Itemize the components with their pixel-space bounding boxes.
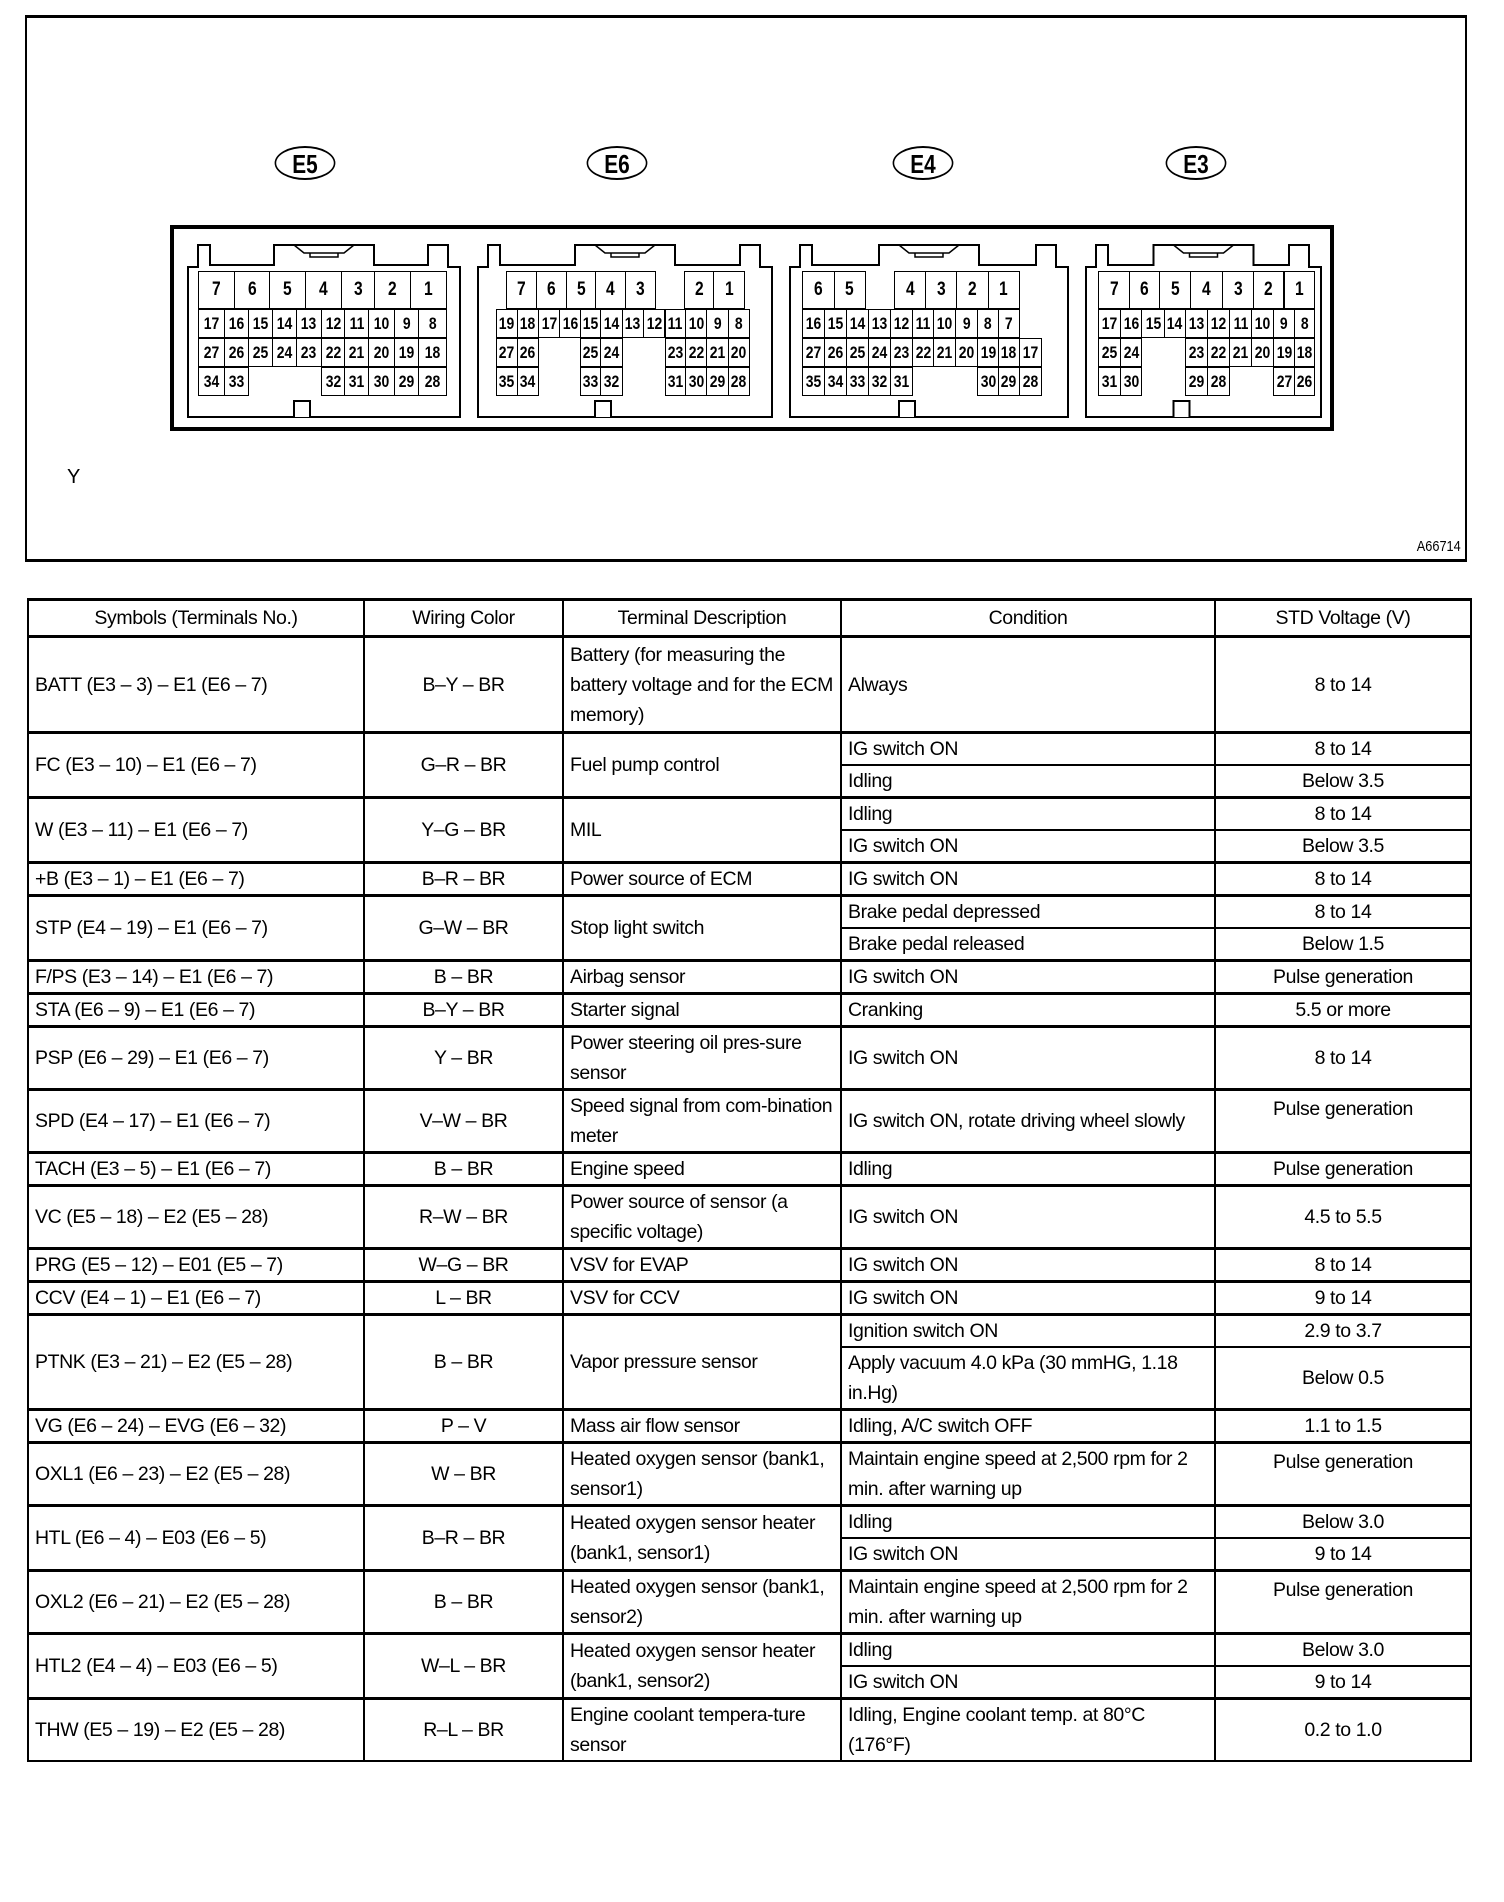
terminal-pin: 27 bbox=[802, 338, 825, 367]
cell-std-voltage: 8 to 14 bbox=[1215, 733, 1471, 766]
terminal-pin: 9 bbox=[706, 309, 728, 338]
cell-condition: IG switch ON bbox=[841, 1282, 1215, 1315]
table-row: STA (E6 – 9) – E1 (E6 – 7)B–Y – BRStarte… bbox=[28, 994, 1471, 1027]
terminal-pin: 31 bbox=[665, 367, 686, 396]
header-std-voltage: STD Voltage (V) bbox=[1215, 600, 1471, 637]
terminal-pin: 18 bbox=[1294, 338, 1315, 367]
terminal-pin: 8 bbox=[418, 309, 446, 338]
terminal-pin: 17 bbox=[1098, 309, 1121, 338]
cell-terminal-description: VSV for CCV bbox=[563, 1282, 841, 1315]
cell-condition: IG switch ON bbox=[841, 961, 1215, 994]
terminal-pin: 28 bbox=[1207, 367, 1230, 396]
terminal-pin: 13 bbox=[622, 309, 644, 338]
cell-terminal-description: Heated oxygen sensor heater (bank1, sens… bbox=[563, 1506, 841, 1571]
terminal-pin: 23 bbox=[1185, 338, 1208, 367]
cell-symbol: THW (E5 – 19) – E2 (E5 – 28) bbox=[28, 1699, 364, 1762]
table-row: VG (E6 – 24) – EVG (E6 – 32)P – VMass ai… bbox=[28, 1410, 1471, 1443]
terminal-pin: 3 bbox=[625, 271, 657, 309]
terminal-pin: 18 bbox=[998, 338, 1020, 367]
table-row: PSP (E6 – 29) – E1 (E6 – 7)Y – BRPower s… bbox=[28, 1027, 1471, 1090]
cell-std-voltage: 8 to 14 bbox=[1215, 863, 1471, 896]
cell-condition: IG switch ON bbox=[841, 1538, 1215, 1571]
cell-symbol: HTL2 (E4 – 4) – E03 (E6 – 5) bbox=[28, 1634, 364, 1699]
terminal-pin: 5 bbox=[269, 271, 306, 309]
terminal-pin: 2 bbox=[684, 271, 715, 309]
terminal-pin: 3 bbox=[341, 271, 375, 309]
terminal-pin: 1 bbox=[1284, 271, 1316, 309]
cell-wiring-color: B–Y – BR bbox=[364, 994, 563, 1027]
cell-terminal-description: Starter signal bbox=[563, 994, 841, 1027]
terminal-pin: 30 bbox=[685, 367, 707, 396]
cell-wiring-color: V–W – BR bbox=[364, 1090, 563, 1153]
terminal-pin: 7 bbox=[506, 271, 537, 309]
table-row: OXL2 (E6 – 21) – E2 (E5 – 28)B – BRHeate… bbox=[28, 1571, 1471, 1634]
table-row: W (E3 – 11) – E1 (E6 – 7)Y–G – BRMILIdli… bbox=[28, 798, 1471, 831]
terminal-pin: 10 bbox=[933, 309, 956, 338]
connector-e5: 7654321171615141312111098272625242322212… bbox=[184, 239, 464, 423]
cell-terminal-description: Power source of ECM bbox=[563, 863, 841, 896]
cell-condition: IG switch ON, rotate driving wheel slowl… bbox=[841, 1090, 1215, 1153]
cell-wiring-color: W – BR bbox=[364, 1443, 563, 1506]
terminal-pin: 19 bbox=[496, 309, 517, 338]
terminal-pin: 7 bbox=[1098, 271, 1130, 309]
cell-symbol: STP (E4 – 19) – E1 (E6 – 7) bbox=[28, 896, 364, 961]
connector-label-e3: E3 bbox=[1166, 146, 1227, 180]
terminal-pin: 22 bbox=[1207, 338, 1230, 367]
cell-wiring-color: R–W – BR bbox=[364, 1186, 563, 1249]
terminal-pin: 34 bbox=[824, 367, 847, 396]
terminal-pin: 17 bbox=[1019, 338, 1042, 367]
terminal-pin: 28 bbox=[418, 367, 446, 396]
terminal-pin: 26 bbox=[224, 338, 249, 367]
terminal-pin: 24 bbox=[272, 338, 297, 367]
connector-label-e6: E6 bbox=[587, 146, 648, 180]
terminal-pin: 7 bbox=[998, 309, 1020, 338]
cell-condition: Always bbox=[841, 637, 1215, 733]
table-row: STP (E4 – 19) – E1 (E6 – 7)G–W – BRStop … bbox=[28, 896, 1471, 929]
terminal-pin: 10 bbox=[1251, 309, 1274, 338]
terminal-pin: 17 bbox=[198, 309, 225, 338]
terminal-pin: 20 bbox=[728, 338, 750, 367]
cell-symbol: TACH (E3 – 5) – E1 (E6 – 7) bbox=[28, 1153, 364, 1186]
terminal-pin: 15 bbox=[824, 309, 847, 338]
terminal-pin: 35 bbox=[496, 367, 517, 396]
terminal-pin: 8 bbox=[977, 309, 999, 338]
cell-wiring-color: B – BR bbox=[364, 1571, 563, 1634]
terminal-pin: 28 bbox=[1019, 367, 1042, 396]
cell-terminal-description: Fuel pump control bbox=[563, 733, 841, 798]
cell-condition: Idling, Engine coolant temp. at 80°C (17… bbox=[841, 1699, 1215, 1762]
cell-wiring-color: B–R – BR bbox=[364, 863, 563, 896]
cell-terminal-description: Stop light switch bbox=[563, 896, 841, 961]
terminal-pin: 27 bbox=[198, 338, 225, 367]
terminal-pin: 16 bbox=[224, 309, 249, 338]
terminal-pin: 4 bbox=[305, 271, 342, 309]
cell-symbol: STA (E6 – 9) – E1 (E6 – 7) bbox=[28, 994, 364, 1027]
header-wiring-color: Wiring Color bbox=[364, 600, 563, 637]
side-label: Y bbox=[67, 466, 80, 489]
cell-wiring-color: W–G – BR bbox=[364, 1249, 563, 1282]
terminal-pin: 12 bbox=[1207, 309, 1230, 338]
cell-symbol: OXL2 (E6 – 21) – E2 (E5 – 28) bbox=[28, 1571, 364, 1634]
table-row: TACH (E3 – 5) – E1 (E6 – 7)B – BREngine … bbox=[28, 1153, 1471, 1186]
terminal-pin: 29 bbox=[1185, 367, 1208, 396]
cell-condition: IG switch ON bbox=[841, 863, 1215, 896]
terminal-pin: 33 bbox=[580, 367, 601, 396]
terminal-pin: 21 bbox=[706, 338, 728, 367]
cell-wiring-color: B – BR bbox=[364, 1315, 563, 1410]
cell-terminal-description: Power steering oil pres-sure sensor bbox=[563, 1027, 841, 1090]
cell-std-voltage: Pulse generation bbox=[1215, 1443, 1471, 1506]
cell-terminal-description: Speed signal from com-bination meter bbox=[563, 1090, 841, 1153]
table-row: THW (E5 – 19) – E2 (E5 – 28)R–L – BREngi… bbox=[28, 1699, 1471, 1762]
cell-wiring-color: W–L – BR bbox=[364, 1634, 563, 1699]
cell-condition: Idling bbox=[841, 1153, 1215, 1186]
table-row: +B (E3 – 1) – E1 (E6 – 7)B–R – BRPower s… bbox=[28, 863, 1471, 896]
cell-wiring-color: B – BR bbox=[364, 961, 563, 994]
cell-std-voltage: 8 to 14 bbox=[1215, 1027, 1471, 1090]
terminal-pin: 27 bbox=[496, 338, 517, 367]
cell-wiring-color: R–L – BR bbox=[364, 1699, 563, 1762]
terminal-pin: 6 bbox=[1129, 271, 1161, 309]
terminal-pin: 19 bbox=[977, 338, 999, 367]
cell-std-voltage: 0.2 to 1.0 bbox=[1215, 1699, 1471, 1762]
cell-symbol: PSP (E6 – 29) – E1 (E6 – 7) bbox=[28, 1027, 364, 1090]
terminal-pin: 4 bbox=[595, 271, 626, 309]
terminal-pin: 15 bbox=[248, 309, 273, 338]
terminal-pin: 12 bbox=[643, 309, 665, 338]
cell-condition: Idling bbox=[841, 765, 1215, 798]
terminal-pin: 1 bbox=[713, 271, 745, 309]
connector-e4: 6543211615141312111098727262524232221201… bbox=[786, 239, 1072, 423]
table-header-row: Symbols (Terminals No.) Wiring Color Ter… bbox=[28, 600, 1471, 637]
terminal-pin: 24 bbox=[600, 338, 622, 367]
terminal-pin: 10 bbox=[685, 309, 707, 338]
terminal-pin: 16 bbox=[802, 309, 825, 338]
cell-terminal-description: Heated oxygen sensor (bank1, sensor2) bbox=[563, 1571, 841, 1634]
terminal-pin: 21 bbox=[933, 338, 956, 367]
terminal-pin: 33 bbox=[846, 367, 869, 396]
cell-std-voltage: Below 1.5 bbox=[1215, 928, 1471, 961]
cell-condition: IG switch ON bbox=[841, 830, 1215, 863]
terminal-pin: 20 bbox=[1251, 338, 1274, 367]
cell-std-voltage: 9 to 14 bbox=[1215, 1538, 1471, 1571]
terminal-pin: 13 bbox=[296, 309, 322, 338]
cell-condition: IG switch ON bbox=[841, 733, 1215, 766]
terminal-pin: 26 bbox=[1294, 367, 1315, 396]
terminal-pin: 25 bbox=[846, 338, 869, 367]
terminal-pin: 11 bbox=[912, 309, 935, 338]
cell-wiring-color: G–W – BR bbox=[364, 896, 563, 961]
cell-wiring-color: B–R – BR bbox=[364, 1506, 563, 1571]
cell-symbol: VC (E5 – 18) – E2 (E5 – 28) bbox=[28, 1186, 364, 1249]
cell-wiring-color: P – V bbox=[364, 1410, 563, 1443]
terminal-pin: 15 bbox=[1141, 309, 1164, 338]
cell-terminal-description: MIL bbox=[563, 798, 841, 863]
connector-e3: 7654321171615141312111098252423222120191… bbox=[1082, 239, 1325, 423]
terminal-pin: 15 bbox=[580, 309, 601, 338]
terminal-pin: 32 bbox=[868, 367, 891, 396]
terminal-pin: 29 bbox=[394, 367, 419, 396]
terminal-pin: 22 bbox=[321, 338, 346, 367]
terminal-pin: 5 bbox=[1159, 271, 1191, 309]
cell-wiring-color: Y–G – BR bbox=[364, 798, 563, 863]
cell-std-voltage: Below 0.5 bbox=[1215, 1347, 1471, 1410]
table-row: PTNK (E3 – 21) – E2 (E5 – 28)B – BRVapor… bbox=[28, 1315, 1471, 1348]
cell-std-voltage: 8 to 14 bbox=[1215, 1249, 1471, 1282]
cell-terminal-description: Airbag sensor bbox=[563, 961, 841, 994]
terminal-pin: 14 bbox=[846, 309, 869, 338]
terminal-pin: 2 bbox=[956, 271, 988, 309]
table-row: FC (E3 – 10) – E1 (E6 – 7)G–R – BRFuel p… bbox=[28, 733, 1471, 766]
terminal-pin: 30 bbox=[1120, 367, 1142, 396]
cell-condition: Idling bbox=[841, 1634, 1215, 1667]
cell-condition: Maintain engine speed at 2,500 rpm for 2… bbox=[841, 1443, 1215, 1506]
cell-std-voltage: 9 to 14 bbox=[1215, 1666, 1471, 1699]
terminal-pin: 12 bbox=[321, 309, 346, 338]
cell-std-voltage: Below 3.5 bbox=[1215, 765, 1471, 798]
terminal-pin: 31 bbox=[344, 367, 369, 396]
table-body: BATT (E3 – 3) – E1 (E6 – 7)B–Y – BRBatte… bbox=[28, 637, 1471, 1762]
terminal-pin: 25 bbox=[580, 338, 601, 367]
terminal-pin: 1 bbox=[988, 271, 1020, 309]
terminal-pin: 34 bbox=[198, 367, 225, 396]
cell-symbol: FC (E3 – 10) – E1 (E6 – 7) bbox=[28, 733, 364, 798]
terminal-pin: 31 bbox=[890, 367, 913, 396]
terminal-pin: 16 bbox=[559, 309, 580, 338]
terminal-pin: 26 bbox=[517, 338, 539, 367]
terminal-pin: 30 bbox=[368, 367, 395, 396]
terminal-pin: 21 bbox=[344, 338, 369, 367]
cell-wiring-color: L – BR bbox=[364, 1282, 563, 1315]
terminal-pin: 32 bbox=[321, 367, 346, 396]
terminal-pin: 22 bbox=[685, 338, 707, 367]
cell-std-voltage: Pulse generation bbox=[1215, 1153, 1471, 1186]
cell-symbol: HTL (E6 – 4) – E03 (E6 – 5) bbox=[28, 1506, 364, 1571]
terminal-pin: 9 bbox=[394, 309, 419, 338]
cell-condition: IG switch ON bbox=[841, 1186, 1215, 1249]
cell-terminal-description: VSV for EVAP bbox=[563, 1249, 841, 1282]
cell-symbol: OXL1 (E6 – 23) – E2 (E5 – 28) bbox=[28, 1443, 364, 1506]
terminal-pin: 25 bbox=[248, 338, 273, 367]
terminal-pin: 3 bbox=[925, 271, 957, 309]
cell-wiring-color: Y – BR bbox=[364, 1027, 563, 1090]
terminal-pin: 13 bbox=[1185, 309, 1208, 338]
cell-symbol: BATT (E3 – 3) – E1 (E6 – 7) bbox=[28, 637, 364, 733]
cell-condition: Idling bbox=[841, 798, 1215, 831]
terminal-pin: 31 bbox=[1098, 367, 1121, 396]
cell-terminal-description: Heated oxygen sensor (bank1, sensor1) bbox=[563, 1443, 841, 1506]
cell-condition: IG switch ON bbox=[841, 1666, 1215, 1699]
terminal-pin: 29 bbox=[998, 367, 1020, 396]
terminal-pin: 14 bbox=[1164, 309, 1186, 338]
terminal-pin: 13 bbox=[868, 309, 891, 338]
terminal-pin: 23 bbox=[890, 338, 913, 367]
terminal-pin: 22 bbox=[912, 338, 935, 367]
table-row: HTL (E6 – 4) – E03 (E6 – 5)B–R – BRHeate… bbox=[28, 1506, 1471, 1539]
cell-condition: Apply vacuum 4.0 kPa (30 mmHG, 1.18 in.H… bbox=[841, 1347, 1215, 1410]
terminal-pin: 1 bbox=[410, 271, 447, 309]
terminal-pin: 11 bbox=[665, 309, 686, 338]
terminal-pin: 12 bbox=[890, 309, 913, 338]
terminal-pin: 8 bbox=[1294, 309, 1315, 338]
terminal-pin: 7 bbox=[198, 271, 235, 309]
terminal-pin: 9 bbox=[1273, 309, 1295, 338]
figure-id: A66714 bbox=[1417, 538, 1461, 555]
table-row: PRG (E5 – 12) – E01 (E5 – 7)W–G – BRVSV … bbox=[28, 1249, 1471, 1282]
terminal-pin: 27 bbox=[1273, 367, 1295, 396]
table-row: SPD (E4 – 17) – E1 (E6 – 7)V–W – BRSpeed… bbox=[28, 1090, 1471, 1153]
cell-condition: Cranking bbox=[841, 994, 1215, 1027]
terminal-pin: 2 bbox=[1253, 271, 1285, 309]
terminal-pin: 23 bbox=[665, 338, 686, 367]
terminal-pin: 11 bbox=[344, 309, 369, 338]
terminal-pin: 14 bbox=[272, 309, 297, 338]
terminal-pin: 18 bbox=[517, 309, 539, 338]
terminal-pin: 5 bbox=[834, 271, 866, 309]
cell-condition: IG switch ON bbox=[841, 1249, 1215, 1282]
cell-terminal-description: Mass air flow sensor bbox=[563, 1410, 841, 1443]
cell-symbol: VG (E6 – 24) – EVG (E6 – 32) bbox=[28, 1410, 364, 1443]
cell-std-voltage: 5.5 or more bbox=[1215, 994, 1471, 1027]
connector-diagram: E5 E6 E4 E3 7654321171615141312111098272… bbox=[25, 15, 1467, 562]
cell-wiring-color: B – BR bbox=[364, 1153, 563, 1186]
cell-std-voltage: Pulse generation bbox=[1215, 1571, 1471, 1634]
terminal-pin: 14 bbox=[600, 309, 622, 338]
cell-std-voltage: Below 3.0 bbox=[1215, 1634, 1471, 1667]
terminal-pin: 19 bbox=[394, 338, 419, 367]
cell-symbol: PTNK (E3 – 21) – E2 (E5 – 28) bbox=[28, 1315, 364, 1410]
terminal-pin: 18 bbox=[418, 338, 446, 367]
terminal-pin: 19 bbox=[1273, 338, 1295, 367]
cell-std-voltage: Pulse generation bbox=[1215, 961, 1471, 994]
cell-std-voltage: 8 to 14 bbox=[1215, 798, 1471, 831]
cell-symbol: CCV (E4 – 1) – E1 (E6 – 7) bbox=[28, 1282, 364, 1315]
cell-wiring-color: B–Y – BR bbox=[364, 637, 563, 733]
terminal-pin: 24 bbox=[1120, 338, 1142, 367]
terminal-pin: 25 bbox=[1098, 338, 1121, 367]
cell-terminal-description: Power source of sensor (a specific volta… bbox=[563, 1186, 841, 1249]
table-row: F/PS (E3 – 14) – E1 (E6 – 7)B – BRAirbag… bbox=[28, 961, 1471, 994]
terminal-pin: 2 bbox=[374, 271, 411, 309]
cell-std-voltage: 2.9 to 3.7 bbox=[1215, 1315, 1471, 1348]
cell-terminal-description: Vapor pressure sensor bbox=[563, 1315, 841, 1410]
cell-wiring-color: G–R – BR bbox=[364, 733, 563, 798]
cell-symbol: F/PS (E3 – 14) – E1 (E6 – 7) bbox=[28, 961, 364, 994]
terminal-pin: 8 bbox=[728, 309, 750, 338]
terminal-pin: 26 bbox=[824, 338, 847, 367]
table-row: HTL2 (E4 – 4) – E03 (E6 – 5)W–L – BRHeat… bbox=[28, 1634, 1471, 1667]
table-row: OXL1 (E6 – 23) – E2 (E5 – 28)W – BRHeate… bbox=[28, 1443, 1471, 1506]
terminal-pin: 11 bbox=[1229, 309, 1251, 338]
cell-terminal-description: Heated oxygen sensor heater (bank1, sens… bbox=[563, 1634, 841, 1699]
cell-symbol: W (E3 – 11) – E1 (E6 – 7) bbox=[28, 798, 364, 863]
terminal-pin: 24 bbox=[868, 338, 891, 367]
cell-std-voltage: Below 3.5 bbox=[1215, 830, 1471, 863]
terminal-pin: 10 bbox=[368, 309, 395, 338]
cell-std-voltage: Below 3.0 bbox=[1215, 1506, 1471, 1539]
terminal-pin: 6 bbox=[802, 271, 834, 309]
cell-terminal-description: Engine coolant tempera-ture sensor bbox=[563, 1699, 841, 1762]
cell-std-voltage: 8 to 14 bbox=[1215, 896, 1471, 929]
header-terminal-description: Terminal Description bbox=[563, 600, 841, 637]
terminal-pin: 6 bbox=[536, 271, 567, 309]
cell-condition: Idling bbox=[841, 1506, 1215, 1539]
connector-label-e5: E5 bbox=[275, 146, 336, 180]
terminal-pin: 28 bbox=[728, 367, 750, 396]
terminal-spec-table: Symbols (Terminals No.) Wiring Color Ter… bbox=[27, 598, 1472, 1762]
terminal-pin: 34 bbox=[517, 367, 539, 396]
ecm-connector-housing: 7654321171615141312111098272625242322212… bbox=[170, 225, 1334, 431]
terminal-pin: 29 bbox=[706, 367, 728, 396]
terminal-pin: 30 bbox=[977, 367, 999, 396]
terminal-pin: 17 bbox=[538, 309, 560, 338]
cell-condition: Brake pedal released bbox=[841, 928, 1215, 961]
cell-std-voltage: Pulse generation bbox=[1215, 1090, 1471, 1153]
table-row: CCV (E4 – 1) – E1 (E6 – 7)L – BRVSV for … bbox=[28, 1282, 1471, 1315]
terminal-pin: 32 bbox=[600, 367, 622, 396]
cell-std-voltage: 4.5 to 5.5 bbox=[1215, 1186, 1471, 1249]
cell-symbol: SPD (E4 – 17) – E1 (E6 – 7) bbox=[28, 1090, 364, 1153]
cell-condition: Maintain engine speed at 2,500 rpm for 2… bbox=[841, 1571, 1215, 1634]
terminal-pin: 20 bbox=[368, 338, 395, 367]
cell-condition: Idling, A/C switch OFF bbox=[841, 1410, 1215, 1443]
terminal-pin: 33 bbox=[224, 367, 249, 396]
terminal-pin: 21 bbox=[1229, 338, 1251, 367]
connector-label-e4: E4 bbox=[893, 146, 954, 180]
connector-e6: 7654321191817161514131211109827262524232… bbox=[474, 239, 776, 423]
terminal-pin: 3 bbox=[1222, 271, 1254, 309]
terminal-pin: 23 bbox=[296, 338, 322, 367]
terminal-pin: 5 bbox=[566, 271, 597, 309]
cell-symbol: PRG (E5 – 12) – E01 (E5 – 7) bbox=[28, 1249, 364, 1282]
cell-terminal-description: Battery (for measuring the battery volta… bbox=[563, 637, 841, 733]
table-row: VC (E5 – 18) – E2 (E5 – 28)R–W – BRPower… bbox=[28, 1186, 1471, 1249]
terminal-pin: 20 bbox=[955, 338, 978, 367]
cell-symbol: +B (E3 – 1) – E1 (E6 – 7) bbox=[28, 863, 364, 896]
cell-std-voltage: 8 to 14 bbox=[1215, 637, 1471, 733]
terminal-pin: 35 bbox=[802, 367, 825, 396]
terminal-pin: 16 bbox=[1120, 309, 1142, 338]
table-row: BATT (E3 – 3) – E1 (E6 – 7)B–Y – BRBatte… bbox=[28, 637, 1471, 733]
terminal-pin: 4 bbox=[1190, 271, 1223, 309]
cell-condition: Ignition switch ON bbox=[841, 1315, 1215, 1348]
cell-condition: Brake pedal depressed bbox=[841, 896, 1215, 929]
cell-std-voltage: 9 to 14 bbox=[1215, 1282, 1471, 1315]
terminal-pin: 4 bbox=[894, 271, 926, 309]
cell-std-voltage: 1.1 to 1.5 bbox=[1215, 1410, 1471, 1443]
terminal-pin: 9 bbox=[955, 309, 978, 338]
cell-condition: IG switch ON bbox=[841, 1027, 1215, 1090]
header-symbols: Symbols (Terminals No.) bbox=[28, 600, 364, 637]
cell-terminal-description: Engine speed bbox=[563, 1153, 841, 1186]
terminal-pin: 6 bbox=[234, 271, 271, 309]
header-condition: Condition bbox=[841, 600, 1215, 637]
